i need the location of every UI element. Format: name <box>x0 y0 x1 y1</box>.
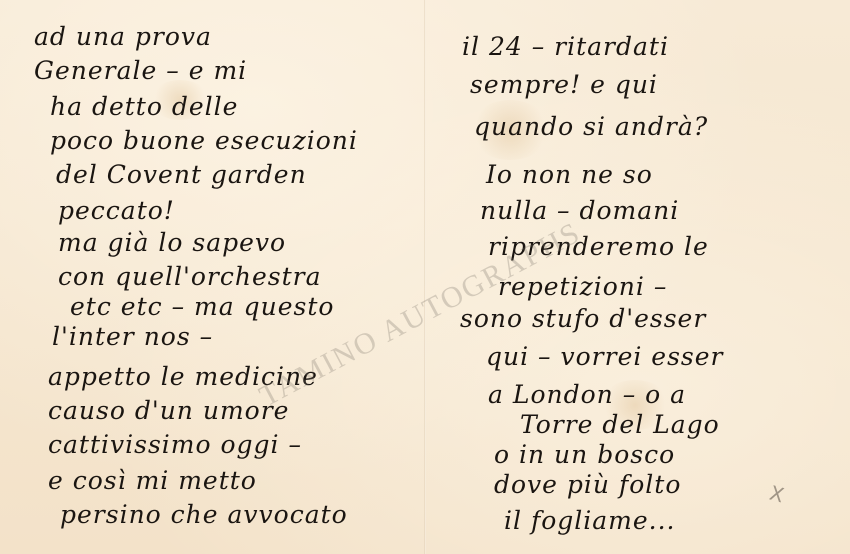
handwritten-line: a London – o a <box>488 380 686 409</box>
handwritten-line: o in un bosco <box>494 440 675 469</box>
handwritten-line: il fogliame... <box>504 506 675 535</box>
handwritten-line: sempre! e qui <box>470 70 658 99</box>
handwritten-line: nulla – domani <box>480 196 679 225</box>
handwritten-line: causo d'un umore <box>48 396 289 425</box>
handwritten-line: sono stufo d'esser <box>460 304 706 333</box>
handwritten-line: ha detto delle <box>50 92 238 121</box>
handwritten-line: ad una prova <box>34 22 212 51</box>
handwritten-line: Torre del Lago <box>520 410 720 439</box>
handwritten-line: e così mi metto <box>48 466 257 495</box>
handwritten-line: qui – vorrei esser <box>486 342 724 371</box>
handwritten-line: poco buone esecuzioni <box>50 126 358 155</box>
handwritten-line: dove più folto <box>494 470 681 499</box>
handwritten-line: peccato! <box>58 196 175 225</box>
left-page: ad una prova Generale – e mi ha detto de… <box>0 0 424 554</box>
handwritten-line: Generale – e mi <box>34 56 247 85</box>
handwritten-line: del Covent garden <box>56 160 307 189</box>
handwritten-line: cattivissimo oggi – <box>48 430 302 459</box>
handwritten-line: con quell'orchestra <box>58 262 322 291</box>
handwritten-line: Io non ne so <box>486 160 653 189</box>
handwritten-line: etc etc – ma questo <box>70 292 334 321</box>
handwritten-line: il 24 – ritardati <box>462 32 669 61</box>
handwritten-line: persino che avvocato <box>60 500 348 529</box>
handwritten-line: ma già lo sapevo <box>58 228 286 257</box>
handwritten-line: quando si andrà? <box>474 112 708 141</box>
letter-sheet: ad una prova Generale – e mi ha detto de… <box>0 0 850 554</box>
handwritten-line: l'inter nos – <box>52 322 213 351</box>
